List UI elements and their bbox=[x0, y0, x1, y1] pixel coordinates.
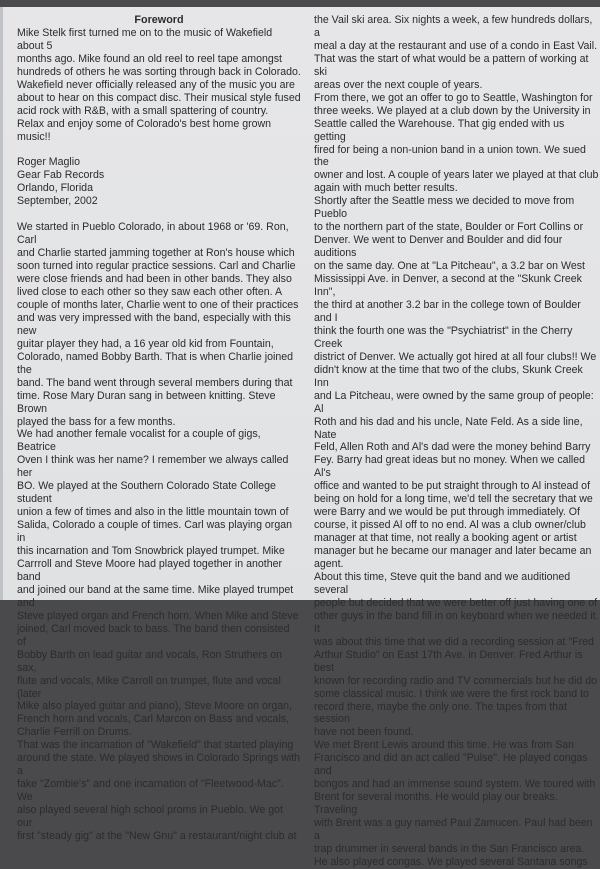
history-paragraph: We had another female vocalist for a cou… bbox=[17, 428, 301, 600]
signature-name: Roger Maglio bbox=[17, 156, 301, 169]
signature-company: Gear Fab Records bbox=[17, 169, 301, 182]
history-paragraph: Shortly after the Seattle mess we decide… bbox=[314, 195, 599, 571]
signature-date: September, 2002 bbox=[17, 195, 301, 208]
left-column: Foreword Mike Stelk first turned me on t… bbox=[17, 14, 301, 600]
signature-block: Roger Maglio Gear Fab Records Orlando, F… bbox=[17, 156, 301, 208]
spacer bbox=[17, 208, 301, 221]
signature-location: Orlando, Florida bbox=[17, 182, 301, 195]
right-column: the Vail ski area. Six nights a week, a … bbox=[314, 14, 599, 600]
liner-notes-page: Foreword Mike Stelk first turned me on t… bbox=[0, 7, 600, 600]
history-paragraph: We started in Pueblo Colorado, in about … bbox=[17, 221, 301, 428]
foreword-title: Foreword bbox=[17, 14, 301, 27]
history-paragraph: From there, we got an offer to go to Sea… bbox=[314, 92, 599, 196]
foreword-text: Mike Stelk first turned me on to the mus… bbox=[17, 27, 301, 144]
spacer bbox=[17, 144, 301, 157]
history-paragraph: the Vail ski area. Six nights a week, a … bbox=[314, 14, 599, 92]
history-paragraph: About this time, Steve quit the band and… bbox=[314, 571, 599, 600]
